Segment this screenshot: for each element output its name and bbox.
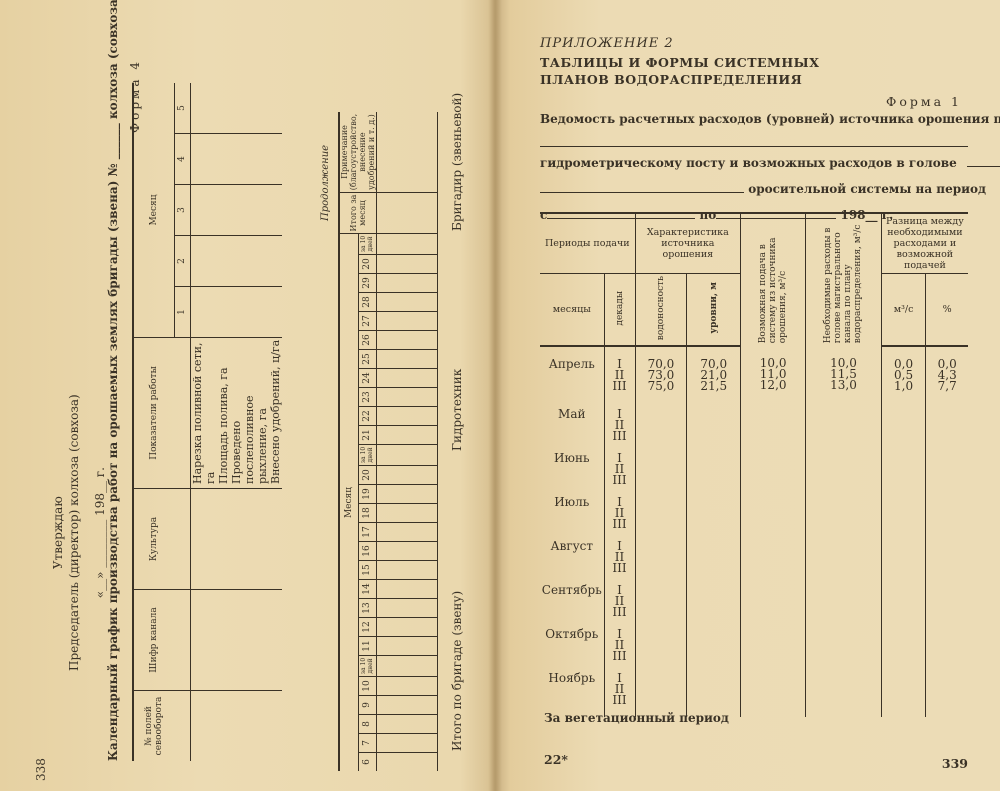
continuation-day-10: 15 (358, 561, 376, 580)
continuation-blank-cell (377, 523, 438, 542)
continuation-blank-cell (377, 561, 438, 580)
header-levels-text: уровни, м (709, 282, 719, 334)
month-cell: Май (540, 409, 604, 453)
continuation-blank-cell (377, 274, 438, 293)
continuation-day-11: 16 (358, 542, 376, 561)
possible-cell (741, 453, 806, 497)
diff_m3-cell (881, 497, 926, 541)
header-diff-pct: % (926, 274, 968, 347)
decades-cell: IIIIII (604, 497, 635, 541)
continuation-blank-cell (377, 234, 438, 255)
continuation-table: Месяц Итого за месяц Примечание (благоус… (338, 112, 438, 771)
intro-line-2-text: гидрометрическому посту и возможных расх… (540, 156, 957, 170)
intro-line-3: оросительной системы на период (540, 180, 970, 206)
header-water: водоносность (635, 274, 687, 347)
header-required-text: Необходимые расходы в голове магистральн… (823, 215, 863, 343)
appendix-title: ТАБЛИЦЫ И ФОРМЫ СИСТЕМНЫХ ПЛАНОВ ВОДОРАС… (540, 54, 819, 88)
required-cell (806, 585, 882, 629)
continuation-blank-cell (377, 112, 438, 193)
required-cell (806, 673, 882, 717)
possible-cell (741, 497, 806, 541)
continuation-blank-cell (377, 331, 438, 350)
continuation-day-8: 13 (358, 599, 376, 618)
month-cell: Июль (540, 497, 604, 541)
continuation-blank-cell (377, 753, 438, 772)
header-difference: Разница между необходимыми расходами и в… (881, 213, 968, 274)
continuation-blank-cell (377, 293, 438, 312)
continuation-blank-cell (377, 696, 438, 715)
diff_pct-value: 7,7 (926, 381, 968, 392)
diff_pct-cell (926, 585, 968, 629)
appendix-label: ПРИЛОЖЕНИЕ 2 (540, 36, 674, 51)
continuation-day-22: 26 (358, 331, 376, 350)
blank-line (540, 146, 968, 147)
decade: III (605, 381, 635, 392)
header-required: Необходимые расходы в голове магистральн… (806, 213, 882, 346)
continuation-blank-cell (377, 255, 438, 274)
decades-cell: IIIIII (604, 453, 635, 497)
decades-cell: IIIIII (604, 541, 635, 585)
form-label-1: Форма 1 (886, 94, 962, 109)
possible-cell (741, 673, 806, 717)
schedule-title: Календарный график производства работ на… (106, 0, 120, 761)
water-cell (635, 541, 687, 585)
day-1: 1 (174, 287, 191, 338)
continuation-blank-cell (377, 637, 438, 656)
possible-cell: 10,011,012,0 (741, 346, 806, 409)
table-row: АпрельIIIIII70,073,075,070,021,021,510,0… (540, 346, 968, 409)
page-number-left: 338 (34, 758, 48, 781)
indicator-loosening: Проведено послеполивное рыхление, га (230, 338, 269, 484)
continuation-blank-cell (377, 426, 438, 445)
continuation-day-2: 8 (358, 715, 376, 734)
decade: III (605, 475, 635, 486)
possible-cell (741, 409, 806, 453)
decade: III (605, 563, 635, 574)
continuation-blank-cell (377, 677, 438, 696)
decades-cell: IIIIII (604, 346, 635, 409)
month-cell: Апрель (540, 346, 604, 409)
flows-table: Периоды подачи Характеристика источника … (540, 212, 968, 717)
required-cell: 10,011,513,0 (806, 346, 882, 409)
diff_m3-cell (881, 453, 926, 497)
header-levels: уровни, м (687, 274, 741, 347)
header-possible: Возможная подача в систему из источника … (741, 213, 806, 346)
header-month-total: Итого за месяц (339, 193, 377, 234)
appendix-title-line-1: ТАБЛИЦЫ И ФОРМЫ СИСТЕМНЫХ (540, 54, 819, 71)
header-months: месяцы (540, 274, 604, 347)
vegetation-period-total: За вегетационный период (544, 712, 729, 725)
intro-line-1: Ведомость расчетных расходов (уровней) и… (540, 112, 970, 138)
continuation-day-4: 10 (358, 677, 376, 696)
diff_pct-cell (926, 453, 968, 497)
levels-cell (687, 585, 741, 629)
continuation-day-6: 11 (358, 637, 376, 656)
continuation-day-0: 6 (358, 753, 376, 772)
continuation-day-16: за 10 дней (358, 445, 376, 466)
header-field-number: № полей севооборота (133, 691, 174, 762)
hydrotechnician-signature: Гидротехник (450, 369, 464, 451)
signature-mark: 22* (544, 752, 568, 767)
diff_m3-cell: 0,00,51,0 (881, 346, 926, 409)
water-cell: 70,073,075,0 (635, 346, 687, 409)
diff_m3-cell (881, 409, 926, 453)
continuation-day-24: 28 (358, 293, 376, 312)
header-crop: Культура (133, 489, 174, 590)
water-value: 75,0 (636, 381, 687, 392)
left-page-rotated-content: 338 Форма 4 Утверждаю Председатель (дире… (20, 31, 490, 791)
continuation-blank-cell (377, 312, 438, 331)
required-cell (806, 629, 882, 673)
decade: III (605, 651, 635, 662)
decade: III (605, 695, 635, 706)
header-source: Характеристика источника орошения (635, 213, 741, 274)
blank-field-head[interactable] (967, 154, 1000, 167)
continuation-blank-cell (377, 618, 438, 637)
levels-cell (687, 541, 741, 585)
levels-cell (687, 629, 741, 673)
table-row: СентябрьIIIIII (540, 585, 968, 629)
work-schedule-table: № полей севооборота Шифр канала Культура… (132, 83, 282, 761)
continuation-day-1: 7 (358, 734, 376, 753)
levels-cell: 70,021,021,5 (687, 346, 741, 409)
page-number-right: 339 (942, 756, 968, 771)
diff_pct-cell (926, 541, 968, 585)
header-canal-code: Шифр канала (133, 590, 174, 691)
diff_pct-cell: 0,04,37,7 (926, 346, 968, 409)
appendix-title-line-2: ПЛАНОВ ВОДОРАСПРЕДЕЛЕНИЯ (540, 71, 819, 88)
possible-value: 12,0 (741, 380, 805, 391)
work-indicators-list: Нарезка поливной сети, га Площадь полива… (191, 338, 283, 489)
continuation-day-20: 24 (358, 369, 376, 388)
continuation-blank-cell (377, 542, 438, 561)
decades-cell: IIIIII (604, 409, 635, 453)
header-decades: декады (604, 274, 635, 347)
continuation-day-12: 17 (358, 523, 376, 542)
month-cell: Август (540, 541, 604, 585)
right-page: ПРИЛОЖЕНИЕ 2 ТАБЛИЦЫ И ФОРМЫ СИСТЕМНЫХ П… (530, 0, 990, 791)
continuation-day-25: 29 (358, 274, 376, 293)
header-work-indicators: Показатели работы (133, 338, 174, 489)
day-5: 5 (174, 83, 191, 134)
continuation-day-7: 12 (358, 618, 376, 637)
water-cell (635, 497, 687, 541)
continuation-day-15: 20 (358, 466, 376, 485)
left-page: 338 Форма 4 Утверждаю Председатель (дире… (20, 0, 490, 791)
required-cell (806, 497, 882, 541)
continuation-blank-cell (377, 580, 438, 599)
continuation-label: Продолжение (320, 145, 331, 221)
continuation-day-26: 20 (358, 255, 376, 274)
possible-cell (741, 541, 806, 585)
table-row: ИюльIIIIII (540, 497, 968, 541)
levels-cell (687, 497, 741, 541)
continuation-day-18: 22 (358, 407, 376, 426)
continuation-blank-cell (377, 388, 438, 407)
header-water-text: водоносность (656, 276, 666, 340)
blank-field-system[interactable] (540, 180, 744, 193)
table-row: ОктябрьIIIIII (540, 629, 968, 673)
header-decades-text: декады (615, 291, 625, 326)
possible-cell (741, 629, 806, 673)
diff_m3-cell (881, 629, 926, 673)
header-diff-m3: м³/с (881, 274, 926, 347)
possible-cell (741, 585, 806, 629)
indicator-irrigation-area: Площадь полива, га (217, 338, 230, 484)
continuation-blank-cell (377, 193, 438, 234)
table-row: АвгустIIIIII (540, 541, 968, 585)
water-cell (635, 453, 687, 497)
continuation-day-27: за 10 дней (358, 234, 376, 255)
water-cell (635, 585, 687, 629)
intro-line-3-text: оросительной системы на период (748, 182, 986, 196)
diff_pct-cell (926, 629, 968, 673)
continuation-blank-cell (377, 445, 438, 466)
diff_pct-cell (926, 673, 968, 717)
continuation-blank-cell (377, 466, 438, 485)
continuation-month-header: Месяц (339, 234, 358, 772)
decade: III (605, 607, 635, 618)
diff_m3-cell (881, 673, 926, 717)
diff_m3-value: 1,0 (882, 381, 926, 392)
decades-cell: IIIIII (604, 629, 635, 673)
continuation-day-23: 27 (358, 312, 376, 331)
continuation-day-13: 18 (358, 504, 376, 523)
continuation-blank-cell (377, 715, 438, 734)
month-cell: Сентябрь (540, 585, 604, 629)
levels-value: 21,5 (687, 381, 740, 392)
continuation-blank-cell (377, 369, 438, 388)
header-periods: Периоды подачи (540, 213, 635, 274)
decades-cell: IIIIII (604, 585, 635, 629)
continuation-blank-cell (377, 734, 438, 753)
brigadier-signature: Бригадир (звеньевой) (450, 93, 464, 231)
continuation-day-17: 21 (358, 426, 376, 445)
water-cell (635, 629, 687, 673)
levels-cell (687, 409, 741, 453)
approval-block: Утверждаю Председатель (директор) колхоз… (50, 394, 108, 671)
header-month: Месяц (133, 83, 174, 338)
diff_m3-cell (881, 585, 926, 629)
continuation-blank-cell (377, 656, 438, 677)
continuation-blank-cell (377, 407, 438, 426)
required-cell (806, 453, 882, 497)
continuation-blank-cell (377, 504, 438, 523)
required-cell (806, 409, 882, 453)
month-cell: Октябрь (540, 629, 604, 673)
day-2: 2 (174, 236, 191, 287)
table-row: ИюньIIIIII (540, 453, 968, 497)
required-cell (806, 541, 882, 585)
intro-line-2: гидрометрическому посту и возможных расх… (540, 154, 970, 180)
header-possible-text: Возможная подача в систему из источника … (758, 215, 788, 343)
continuation-day-5: за 10 дней (358, 656, 376, 677)
continuation-day-21: 25 (358, 350, 376, 369)
required-value: 13,0 (806, 380, 881, 391)
decade: III (605, 431, 635, 442)
decade: III (605, 519, 635, 530)
continuation-blank-cell (377, 599, 438, 618)
day-3: 3 (174, 185, 191, 236)
continuation-day-9: 14 (358, 580, 376, 599)
diff_pct-cell (926, 497, 968, 541)
book-gutter (488, 0, 502, 791)
approval-signatory: Председатель (директор) колхоза (совхоза… (66, 394, 82, 671)
levels-cell (687, 453, 741, 497)
continuation-blank-cell (377, 350, 438, 369)
diff_m3-cell (881, 541, 926, 585)
month-cell: Июнь (540, 453, 604, 497)
total-by-brigade: Итого по бригаде (звену) (450, 591, 464, 751)
water-cell (635, 409, 687, 453)
continuation-day-19: 23 (358, 388, 376, 407)
indicator-fertilizer: Внесено удобрений, ц/га (269, 338, 282, 484)
day-4: 4 (174, 134, 191, 185)
header-note: Примечание (благоустройство, внесение уд… (339, 112, 377, 193)
diff_pct-cell (926, 409, 968, 453)
continuation-blank-cell (377, 485, 438, 504)
table-row: МайIIIIII (540, 409, 968, 453)
continuation-day-3: 9 (358, 696, 376, 715)
approval-heading: Утверждаю (50, 394, 66, 671)
continuation-day-14: 19 (358, 485, 376, 504)
indicator-net-cutting: Нарезка поливной сети, га (191, 338, 217, 484)
